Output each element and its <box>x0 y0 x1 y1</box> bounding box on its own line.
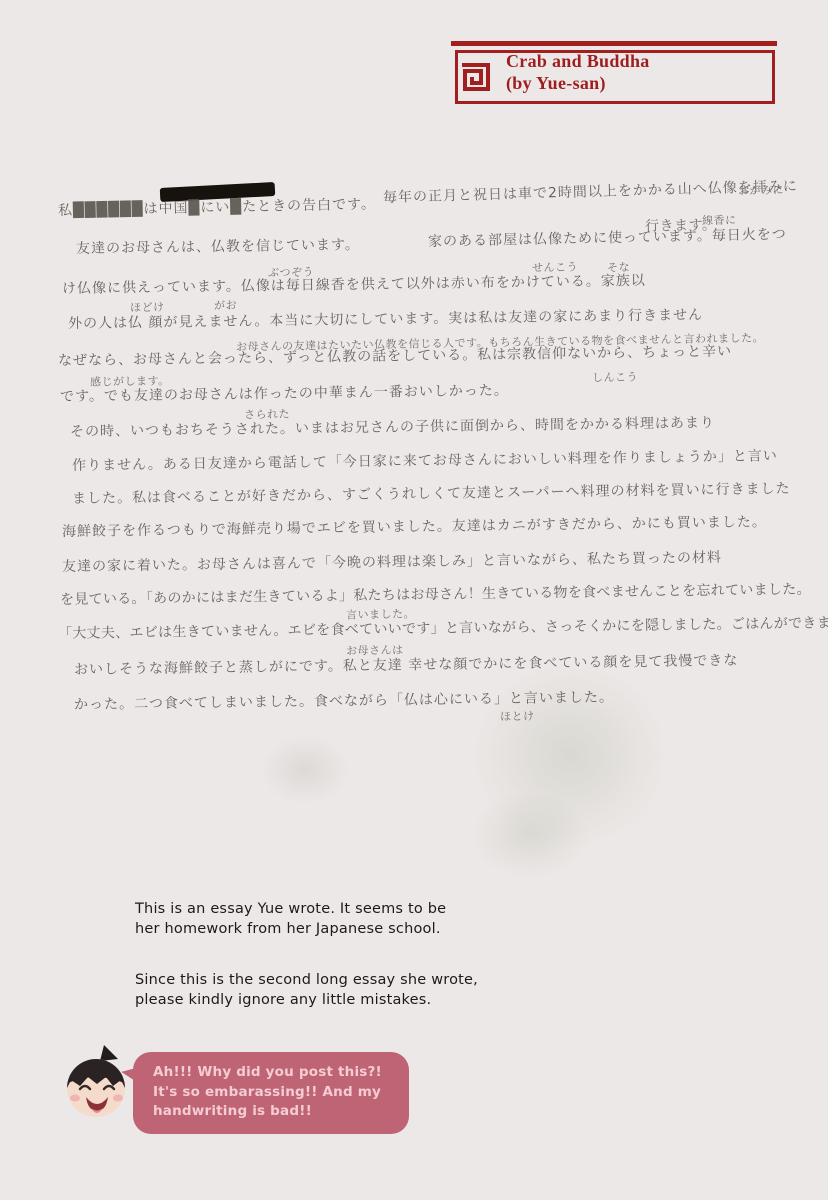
essay-line: ました。私は食べることが好きだから、すごくうれしくて友達とスーパーへ料理の材料を… <box>72 478 791 508</box>
paper-stain <box>470 790 590 880</box>
essay-line: 友達のお母さんは、仏教を信じています。 <box>76 234 360 258</box>
furigana-note: そな <box>607 259 630 275</box>
inserted-note: 言いました。 <box>346 605 415 622</box>
square-spiral-icon <box>459 60 491 92</box>
chibi-girl-avatar <box>60 1043 134 1123</box>
essay-line: 「大丈夫、エビは生きていません。エビを食べていいです」と言いながら、さっそくかに… <box>58 612 828 643</box>
post-title: Crab and Buddha (by Yue-san) <box>506 51 650 95</box>
inserted-note: お母さんは <box>346 641 404 658</box>
furigana-note: がお <box>214 297 237 313</box>
speech-bubble: Ah!!! Why did you post this?! It's so em… <box>133 1052 409 1134</box>
furigana-note: 行きます。 <box>645 214 717 235</box>
essay-line: 作りません。ある日友達から電話して「今日家に来てお母さんにおいしい料理を作りまし… <box>72 445 778 475</box>
furigana-note: しんこう <box>592 369 638 386</box>
inserted-note: 感じがします。 <box>90 372 170 389</box>
furigana-note: おがみに <box>738 182 784 199</box>
essay-line: おいしそうな海鮮餃子と蒸しがにです。私と友達 幸せな顔でかにを食べている顔を見て… <box>74 650 739 679</box>
essay-line: 毎年の正月と祝日は車で2時間以上をかかる山へ仏像を拝みに <box>383 175 798 207</box>
essay-line: その時、いつもおちそうされた。いまはお兄さんの子供に面倒から、時間をかかる料理は… <box>70 412 715 441</box>
essay-line: 友達の家に着いた。お母さんは喜んで「今晩の料理は楽しみ」と言いながら、私たち買っ… <box>62 547 722 576</box>
furigana-note: せんこう <box>532 259 578 276</box>
furigana-note: ぶつぞう <box>268 264 314 281</box>
blog-post-page: Crab and Buddha (by Yue-san) 私██████は中国█… <box>0 0 828 1200</box>
caption-paragraph-1: This is an essay Yue wrote. It seems to … <box>135 899 467 940</box>
header-top-rule <box>451 41 777 46</box>
post-title-line2: (by Yue-san) <box>506 73 650 95</box>
essay-line: を見ている。「あのかにはまだ生きているよ」私たちはお母さん！生きている物を食べま… <box>60 579 811 609</box>
furigana-note: ほとけ <box>500 708 535 725</box>
furigana-note: ほどけ <box>130 299 165 316</box>
essay-line: 私██████は中国█にい█たときの告白です。 <box>58 193 376 220</box>
caption-paragraph-2: Since this is the second long essay she … <box>135 970 527 1011</box>
furigana-note: さられた <box>244 406 290 423</box>
post-title-line1: Crab and Buddha <box>506 51 650 73</box>
essay-line: 海鮮餃子を作るつもりで海鮮売り場でエビを買いました。友達はカニがすきだから、かに… <box>62 511 767 541</box>
paper-stain <box>260 735 350 805</box>
